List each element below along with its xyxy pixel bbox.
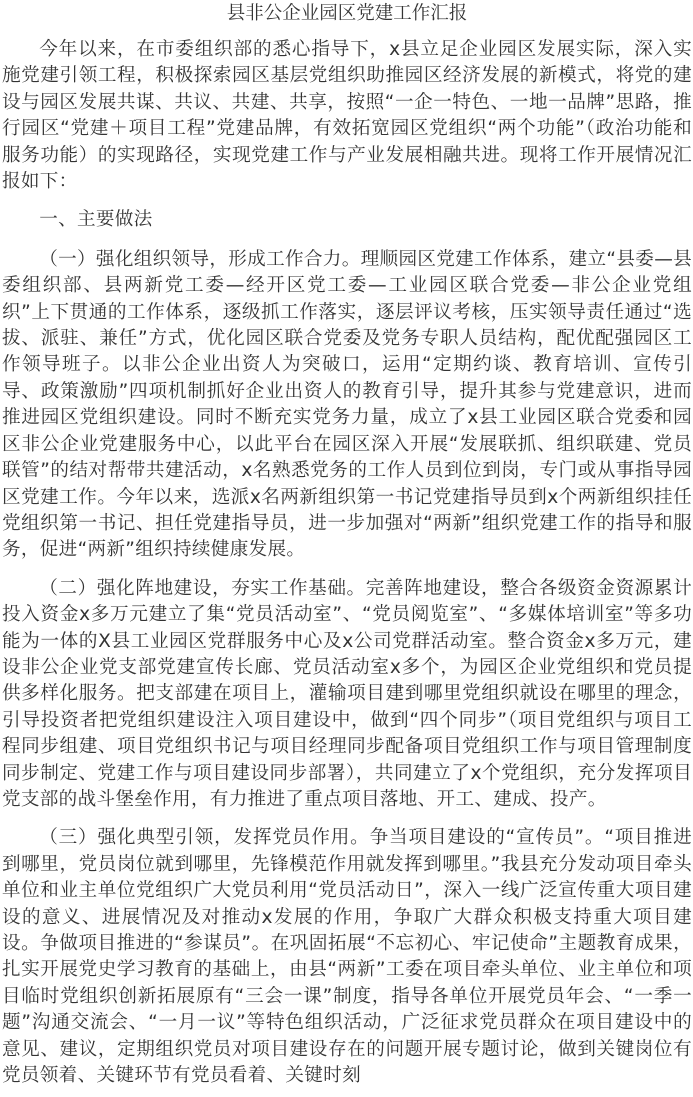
document-title: 县非公企业园区党建工作汇报 (2, 1, 692, 27)
paragraph-position-building: （二）强化阵地建设，夯实工作基础。完善阵地建设，整合各级资金资源累计投入资金x多… (2, 576, 692, 814)
paragraph-organization-leadership: （一）强化组织领导，形成工作合力。理顺园区党建工作体系，建立“县委—县委组织部、… (2, 247, 692, 564)
intro-paragraph: 今年以来，在市委组织部的悉心指导下，x县立足企业园区发展实际，深入实施党建引领工… (2, 37, 692, 195)
document: 县非公企业园区党建工作汇报 今年以来，在市委组织部的悉心指导下，x县立足企业园区… (0, 1, 693, 1089)
section-heading: 一、主要做法 (2, 207, 692, 233)
paragraph-typical-leadership: （三）强化典型引领，发挥党员作用。争当项目建设的“宣传员”。“项目推进到哪里，党… (2, 825, 692, 1089)
